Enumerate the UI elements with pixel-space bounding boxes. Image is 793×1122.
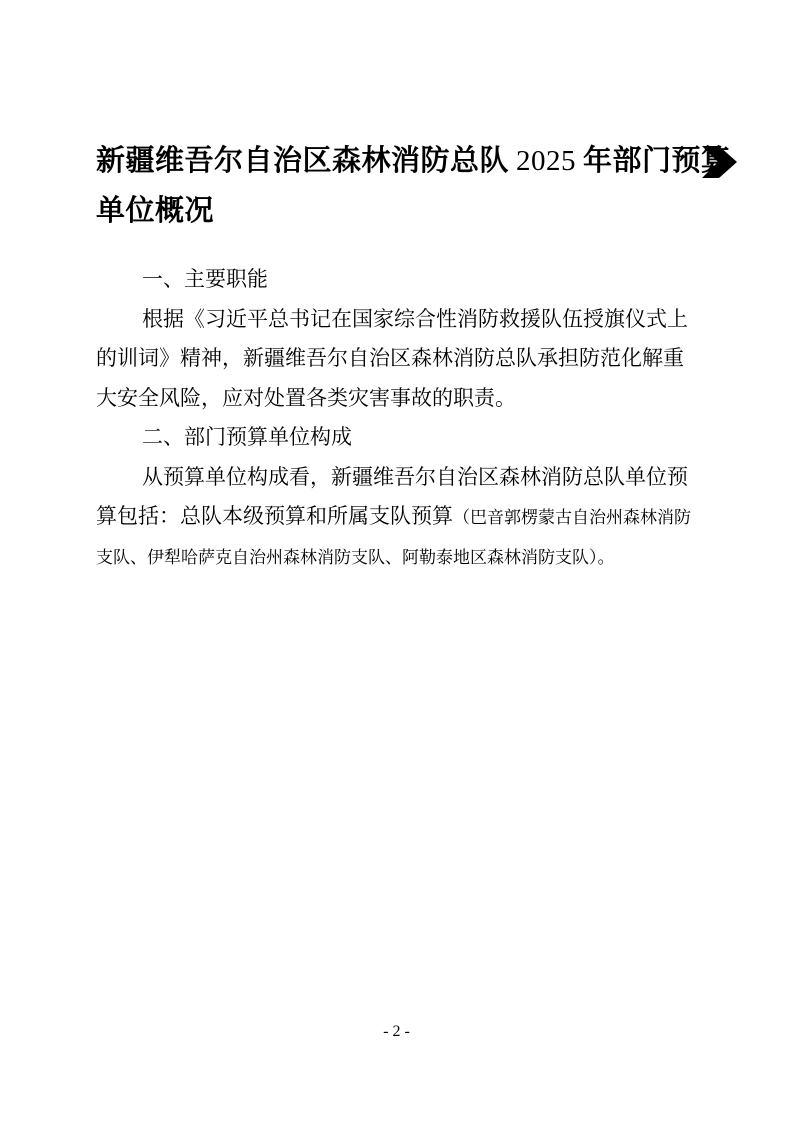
title-text-prefix: 新疆维吾尔自治区森林消防总队 (96, 145, 509, 177)
section2-paragraph-line-2: 算包括：总队本级预算和所属支队预算（巴音郭楞蒙古自治州森林消防 (96, 497, 700, 538)
document-title: 新疆维吾尔自治区森林消防总队2025年部门预算 单位概况 (96, 136, 741, 236)
section1-paragraph-line-1: 根据《习近平总书记在国家综合性消防救援队伍授旗仪式上 (96, 300, 700, 340)
section1-paragraph-line-2: 的训词》精神，新疆维吾尔自治区森林消防总队承担防范化解重 (96, 339, 700, 379)
section2-line2-note-text: （巴音郭楞蒙古自治州森林消防 (453, 508, 691, 527)
section2-line2-main-text: 算包括：总队本级预算和所属支队预算 (96, 505, 453, 528)
document-title-line1: 新疆维吾尔自治区森林消防总队2025年部门预算 (96, 136, 741, 186)
document-page: 新疆维吾尔自治区森林消防总队2025年部门预算 单位概况 一、主要职能 根据《习… (0, 0, 793, 1122)
section1-heading: 一、主要职能 (96, 260, 700, 300)
document-body: 一、主要职能 根据《习近平总书记在国家综合性消防救援队伍授旗仪式上 的训词》精神… (96, 260, 700, 577)
chevron-right-icon (702, 146, 737, 178)
page-number: - 2 - (383, 1023, 410, 1040)
section2-heading: 二、部门预算单位构成 (96, 418, 700, 458)
section2-paragraph-line-1: 从预算单位构成看，新疆维吾尔自治区森林消防总队单位预 (96, 458, 700, 498)
section2-paragraph-line-3: 支队、伊犁哈萨克自治州森林消防支队、阿勒泰地区森林消防支队）。 (96, 538, 700, 578)
section1-paragraph-line-3: 大安全风险，应对处置各类灾害事故的职责。 (96, 379, 700, 419)
page-footer: - 2 - (0, 1022, 793, 1042)
document-title-line2: 单位概况 (96, 186, 741, 236)
title-year: 2025 (516, 145, 576, 177)
